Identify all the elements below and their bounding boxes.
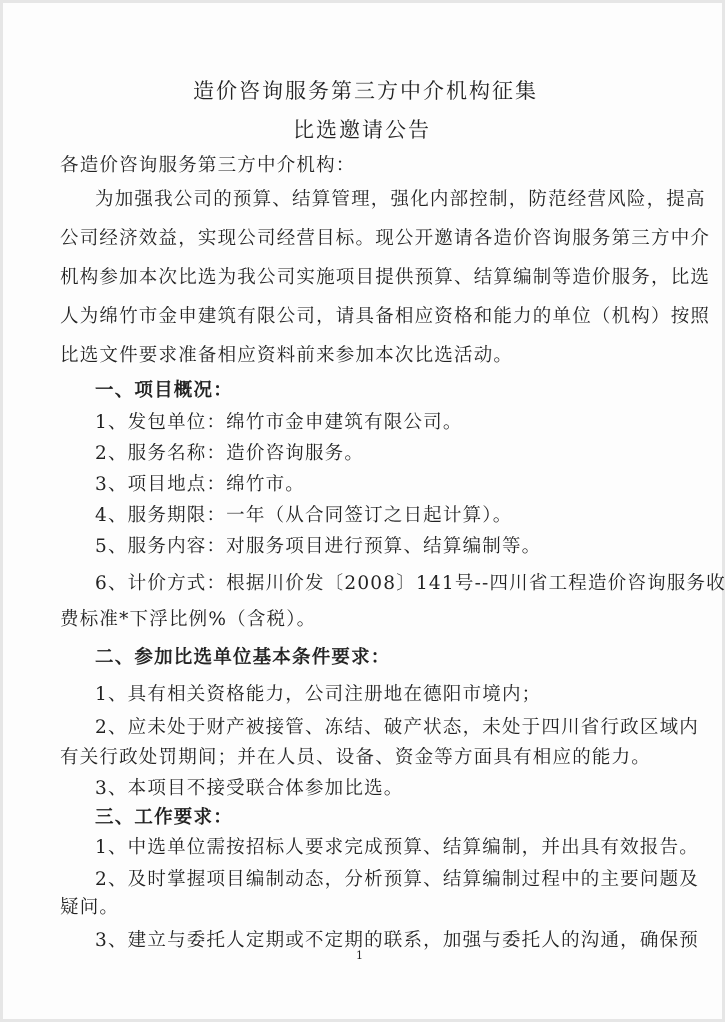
section-1-item: 6、计价方式：根据川价发〔2008〕141号--四川省工程造价咨询服务收 bbox=[95, 569, 725, 595]
title-line-1: 造价咨询服务第三方中介机构征集 bbox=[193, 75, 538, 105]
document-page: 造价咨询服务第三方中介机构征集 比选邀请公告 各造价咨询服务第三方中介机构： 为… bbox=[3, 3, 722, 1019]
page-number: 1 bbox=[356, 949, 363, 962]
intro-line: 公司经济效益，实现公司经营目标。现公开邀请各造价咨询服务第三方中介 bbox=[60, 224, 710, 250]
intro-line: 为加强我公司的预算、结算管理，强化内部控制，防范经营风险，提高 bbox=[95, 185, 706, 211]
section-3-item: 2、及时掌握项目编制动态，分析预算、结算编制过程中的主要问题及 bbox=[95, 865, 699, 891]
section-3-heading: 三、工作要求： bbox=[95, 803, 233, 829]
section-1-item: 5、服务内容：对服务项目进行预算、结算编制等。 bbox=[95, 532, 541, 558]
section-1-item: 4、服务期限：一年（从合同签订之日起计算）。 bbox=[95, 501, 512, 527]
section-1-item: 2、服务名称：造价咨询服务。 bbox=[95, 439, 364, 465]
intro-line: 机构参加本次比选为我公司实施项目提供预算、结算编制等造价服务，比选 bbox=[60, 263, 710, 289]
section-1-item: 费标准*下浮比例%（含税）。 bbox=[60, 605, 316, 631]
section-1-heading: 一、项目概况： bbox=[95, 376, 233, 402]
section-2-item: 2、应未处于财产被接管、冻结、破产状态，未处于四川省行政区域内 bbox=[95, 713, 699, 739]
section-1-item: 1、发包单位：绵竹市金申建筑有限公司。 bbox=[95, 408, 463, 434]
section-2-item: 1、具有相关资格能力，公司注册地在德阳市境内； bbox=[95, 680, 541, 706]
section-3-item: 1、中选单位需按招标人要求完成预算、结算编制，并出具有效报告。 bbox=[95, 833, 699, 859]
title-line-2: 比选邀请公告 bbox=[293, 114, 431, 144]
intro-line: 人为绵竹市金申建筑有限公司，请具备相应资格和能力的单位（机构）按照 bbox=[60, 302, 710, 328]
section-2-item: 有关行政处罚期间；并在人员、设备、资金等方面具有相应的能力。 bbox=[60, 743, 651, 769]
intro-line: 比选文件要求准备相应资料前来参加本次比选活动。 bbox=[60, 341, 513, 367]
section-3-item: 疑问。 bbox=[60, 893, 119, 919]
salutation: 各造价咨询服务第三方中介机构： bbox=[60, 151, 356, 177]
section-1-item: 3、项目地点：绵竹市。 bbox=[95, 470, 305, 496]
section-2-item: 3、本项目不接受联合体参加比选。 bbox=[95, 774, 403, 800]
section-3-item: 3、建立与委托人定期或不定期的联系，加强与委托人的沟通，确保预 bbox=[95, 926, 699, 952]
section-2-heading: 二、参加比选单位基本条件要求： bbox=[95, 643, 391, 669]
